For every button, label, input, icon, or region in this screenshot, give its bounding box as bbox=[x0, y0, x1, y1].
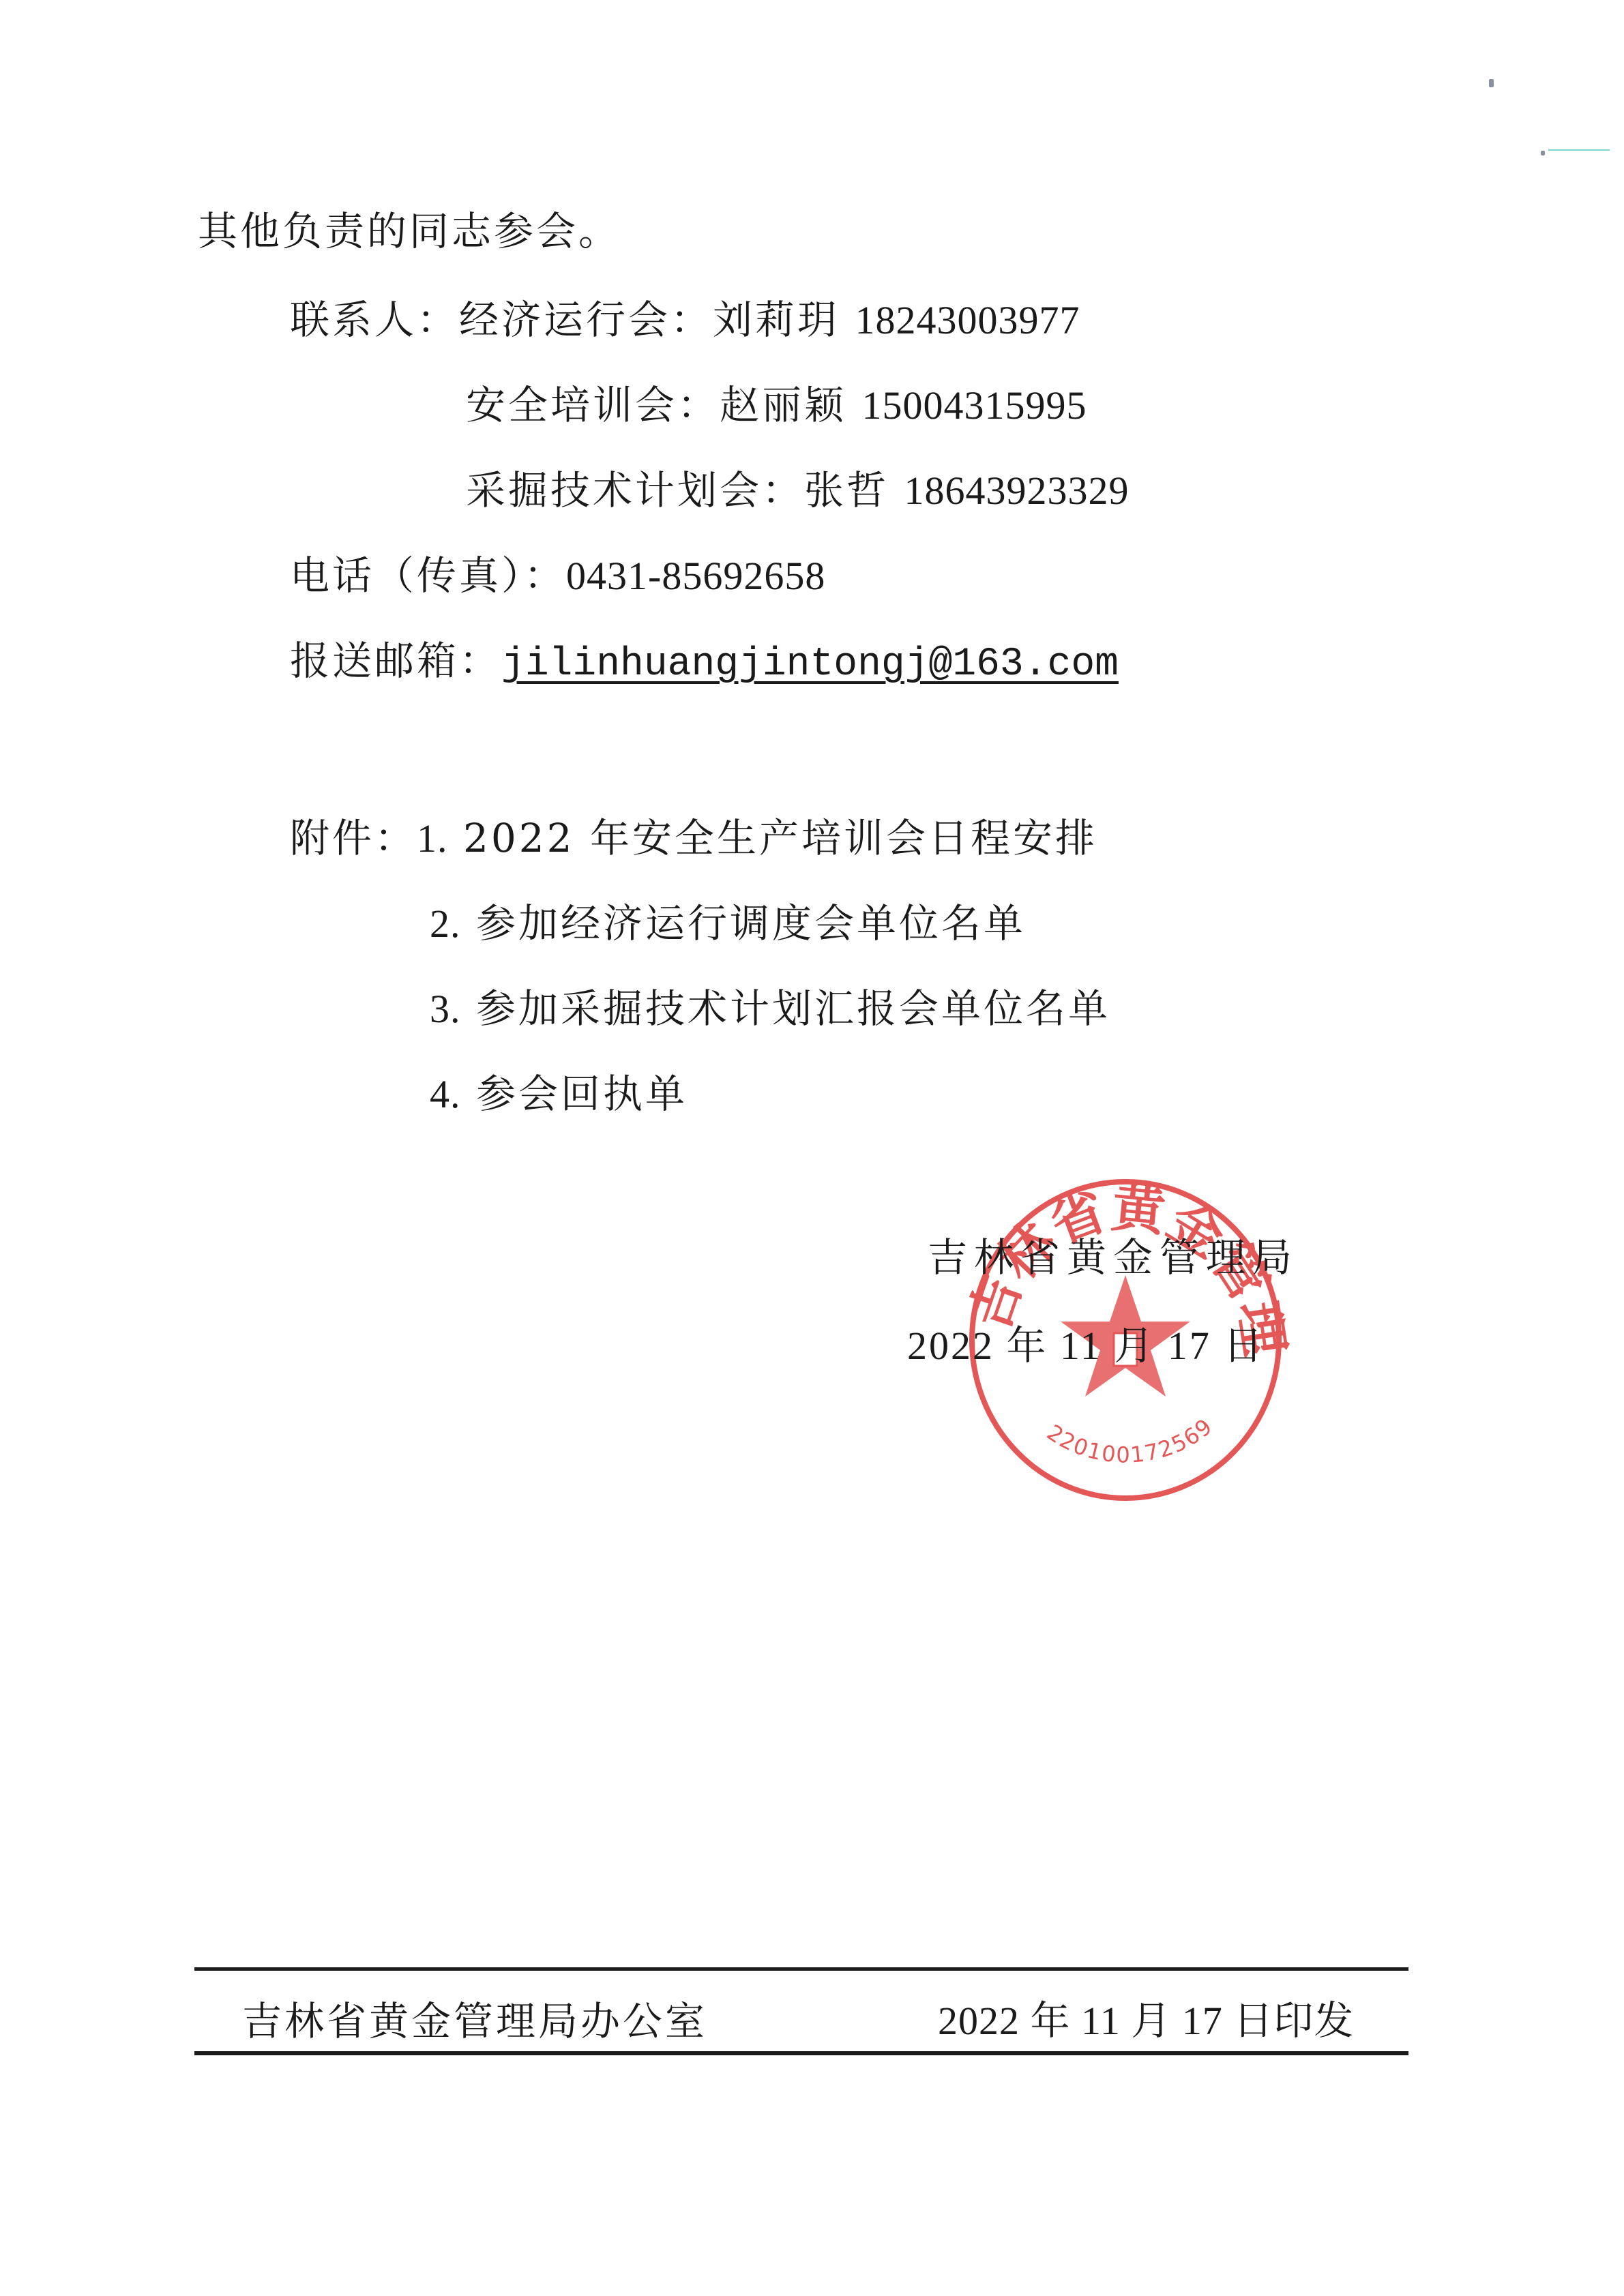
signature-org: 吉林省黄金管理局 bbox=[928, 1238, 1299, 1277]
contact-name: 张哲 bbox=[804, 467, 889, 513]
contact-row-3: 采掘技术计划会：张哲 18643923329 bbox=[466, 471, 1129, 511]
signature-date: 2022 年 11 月 17 日 bbox=[907, 1326, 1265, 1366]
contact-phone: 18243003977 bbox=[855, 298, 1080, 342]
phone-value: 0431-85692658 bbox=[566, 554, 825, 598]
footer-bottom-divider bbox=[194, 2051, 1408, 2055]
email-link[interactable]: jilinhuangjintongj@163.com bbox=[501, 642, 1119, 687]
contact-name: 赵丽颖 bbox=[720, 382, 846, 428]
continuation-text: 其他负责的同志参会。 bbox=[198, 211, 621, 251]
email-row: 报送邮箱：jilinhuangjintongj@163.com bbox=[290, 641, 1119, 685]
attachment-title: 2022 年安全生产培训会日程安排 bbox=[463, 815, 1097, 861]
scan-speck bbox=[1489, 79, 1494, 87]
attachment-row-1: 附件：1. 2022 年安全生产培训会日程安排 bbox=[290, 818, 1097, 859]
contact-row-2: 安全培训会：赵丽颖 15004315995 bbox=[466, 385, 1087, 426]
contact-phone: 15004315995 bbox=[861, 383, 1087, 428]
contact-meeting: 采掘技术计划会： bbox=[466, 467, 804, 513]
footer-top-divider bbox=[194, 1967, 1408, 1971]
attachment-title: 参加采掘技术计划汇报会单位名单 bbox=[476, 985, 1110, 1032]
footer-issuer: 吉林省黄金管理局办公室 bbox=[242, 2001, 707, 2041]
contact-row-1: 联系人：经济运行会：刘莉玥 18243003977 bbox=[290, 300, 1080, 340]
contact-meeting: 经济运行会： bbox=[459, 297, 713, 343]
attachments-label: 附件： bbox=[290, 815, 417, 861]
attachment-row-2: 2. 参加经济运行调度会单位名单 bbox=[430, 904, 1026, 944]
attachment-row-3: 3. 参加采掘技术计划汇报会单位名单 bbox=[430, 989, 1110, 1029]
email-label: 报送邮箱： bbox=[290, 638, 501, 684]
contact-meeting: 安全培训会： bbox=[466, 382, 720, 428]
attachment-title: 参加经济运行调度会单位名单 bbox=[476, 900, 1026, 946]
footer-print-date: 2022 年 11 月 17 日印发 bbox=[938, 2001, 1354, 2041]
phone-label: 电话（传真）： bbox=[290, 552, 566, 599]
phone-row: 电话（传真）：0431-85692658 bbox=[290, 556, 825, 596]
scan-artifact-line bbox=[1548, 149, 1610, 151]
attachment-number: 3. bbox=[430, 987, 461, 1031]
scan-speck bbox=[1541, 151, 1545, 155]
contact-name: 刘莉玥 bbox=[713, 297, 840, 343]
attachment-title: 参会回执单 bbox=[476, 1071, 688, 1117]
attachment-number: 4. bbox=[430, 1072, 461, 1116]
attachment-number: 2. bbox=[430, 901, 461, 946]
attachment-number: 1. bbox=[417, 816, 448, 861]
contact-phone: 18643923329 bbox=[904, 468, 1129, 513]
contacts-label: 联系人： bbox=[290, 297, 459, 343]
attachment-row-4: 4. 参会回执单 bbox=[430, 1074, 688, 1114]
